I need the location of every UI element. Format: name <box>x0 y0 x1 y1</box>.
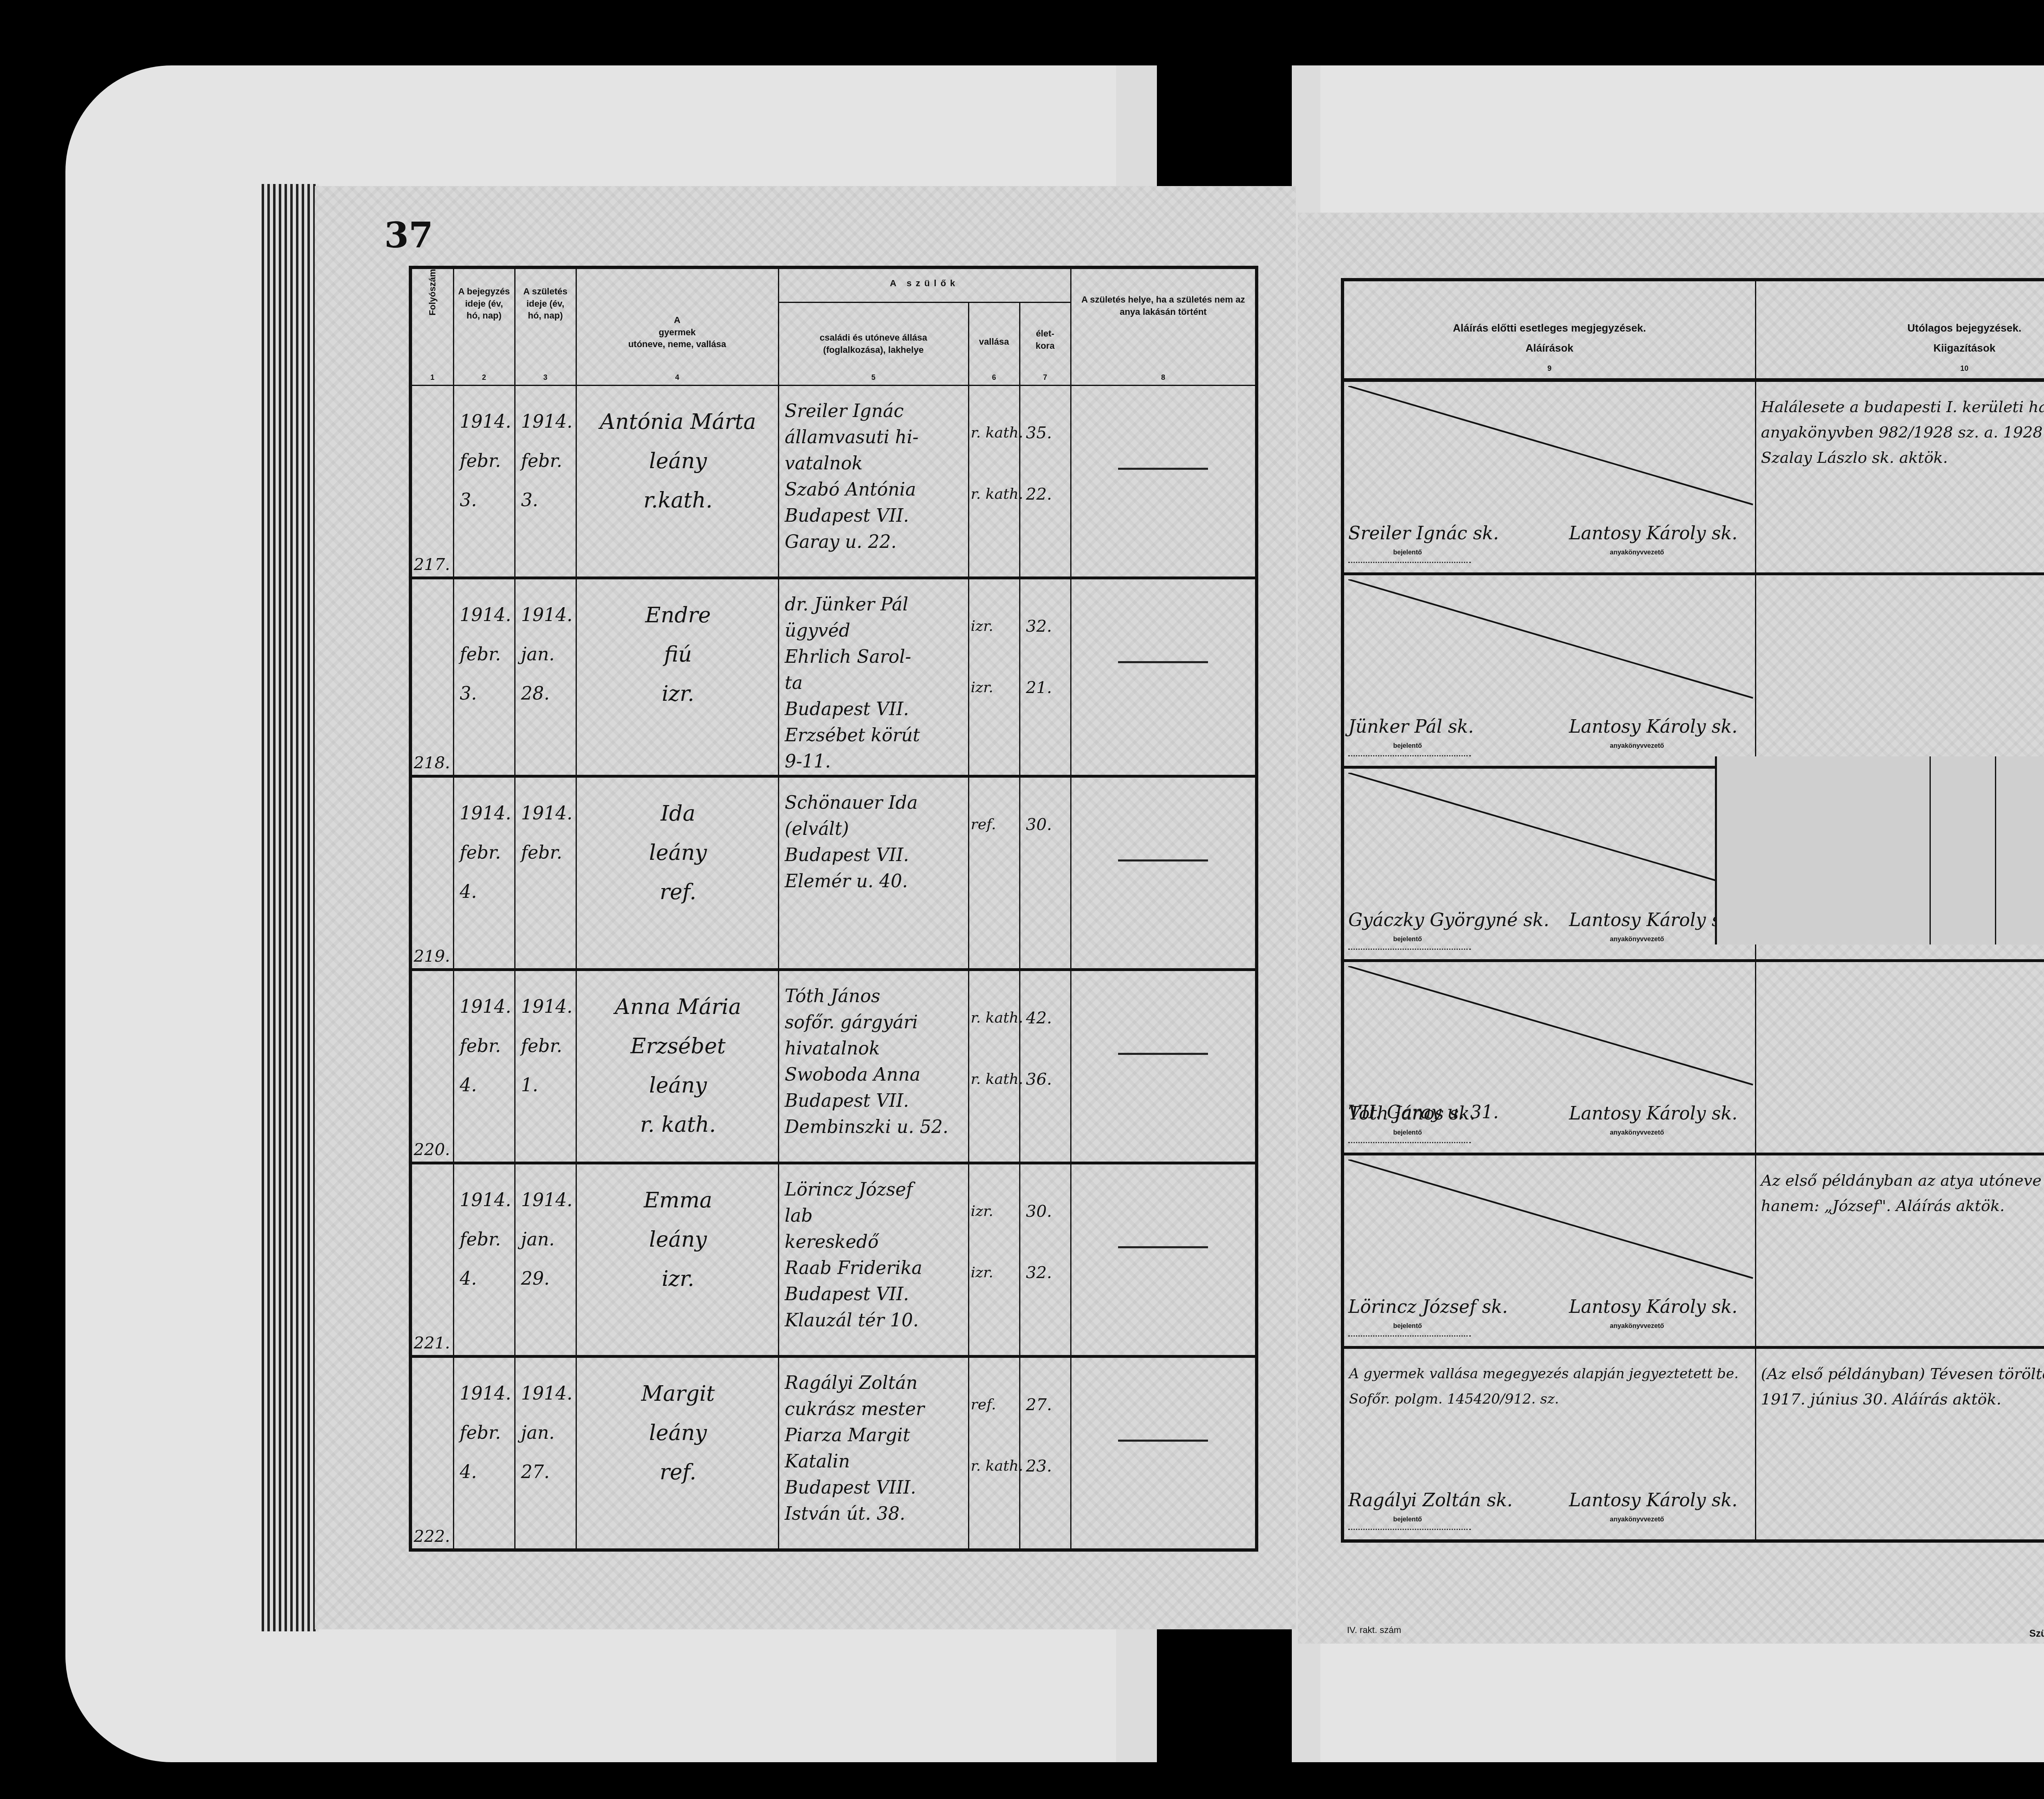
child-line: izr. <box>583 1259 774 1299</box>
child-line: Anna Mária <box>583 987 774 1027</box>
child-line: r. kath. <box>583 1105 774 1144</box>
child-line: fiú <box>583 635 774 674</box>
parents-line: lab <box>785 1203 964 1229</box>
cell-entry-date: 1914.febr.4. <box>453 776 515 970</box>
child-line: leány <box>583 442 774 481</box>
parents-line: ta <box>785 670 964 696</box>
table-row: A gyermek vallása megegyezés alapján jeg… <box>1342 1347 2044 1541</box>
strike-through-line <box>1348 386 1757 509</box>
registrar-signature: Lantosy Károly sk. <box>1569 716 1737 737</box>
parents-line: ügyvéd <box>785 618 964 644</box>
cell-later-entries <box>1755 574 2044 767</box>
entry_date-line: 4. <box>460 1259 510 1299</box>
parents-line: dr. Jünker Pál <box>785 592 964 618</box>
right-page: 37 Aláírás előtti esetleges megjegyzések… <box>1298 213 2044 1644</box>
pasted-correction-slip <box>1715 756 2044 944</box>
birth_date-line: 1. <box>521 1066 572 1105</box>
parents-line: Klauzál tér 10. <box>785 1308 964 1334</box>
blank-dash <box>1118 1053 1208 1055</box>
registrar-caption: anyakönyvvezető <box>1610 936 1664 943</box>
birth_date-line: febr. <box>521 1027 572 1066</box>
parents-line: Garay u. 22. <box>785 529 964 555</box>
reporter-caption: bejelentő <box>1393 1129 1422 1137</box>
religion-line: r. kath. <box>971 1436 1015 1497</box>
cell-birthplace <box>1071 776 1257 970</box>
cell-parents: Tóth Jánossofőr. gárgyárihivatalnokSwobo… <box>778 970 968 1163</box>
dotted-line <box>1348 1142 1471 1143</box>
cell-birthplace <box>1071 386 1257 578</box>
table-row: 221.1914.febr.4.1914.jan.29.Emmaleányizr… <box>410 1163 1257 1357</box>
child-line: Emma <box>583 1181 774 1220</box>
cell-age: 30. <box>1020 776 1071 970</box>
reporter-signature: Sreiler Ignác sk. <box>1348 523 1499 544</box>
later-entry-note: (Az első példányban) Tévesen töröltem. B… <box>1756 1349 2044 1412</box>
cell-folyoszam: 221. <box>410 1163 453 1357</box>
registrar-signature: Lantosy Károly sk. <box>1569 523 1737 544</box>
strike-through-line <box>1348 1160 1757 1282</box>
child-line: Ida <box>583 794 774 833</box>
header-remarks-signatures: Aláírás előtti esetleges megjegyzések. A… <box>1342 280 1755 380</box>
dotted-line <box>1348 1529 1471 1530</box>
blank-dash <box>1118 468 1208 470</box>
cell-folyoszam: 218. <box>410 578 453 776</box>
cell-age: 32.21. <box>1020 578 1071 776</box>
cell-folyoszam: 219. <box>410 776 453 970</box>
page-number-left: 37 <box>384 215 433 256</box>
entry_date-line: 1914. <box>460 596 510 635</box>
reporter-caption: bejelentő <box>1393 742 1422 750</box>
parents-line: Budapest VII. <box>785 696 964 722</box>
cell-age: 30.32. <box>1020 1163 1071 1357</box>
reporter-caption: bejelentő <box>1393 936 1422 943</box>
parents-line: Tóth János <box>785 983 964 1009</box>
child-line: leány <box>583 1413 774 1453</box>
child-line: leány <box>583 833 774 873</box>
religion-line: r. kath. <box>971 464 1015 525</box>
parents-line: Katalin <box>785 1449 964 1475</box>
child-line: Endre <box>583 596 774 635</box>
birth_date-line: jan. <box>521 1413 572 1453</box>
cell-signatures: A gyermek vallása megegyezés alapján jeg… <box>1342 1347 1755 1541</box>
reporter-signature: Ragályi Zoltán sk. <box>1348 1490 1513 1511</box>
parents-line: cukrász mester <box>785 1396 964 1422</box>
table-row: Sreiler Ignác sk. Lantosy Károly sk. bej… <box>1342 380 2044 574</box>
reporter-signature: Gyáczky Györgyné sk. <box>1348 910 1549 931</box>
blank-dash <box>1118 661 1208 663</box>
strike-through-line <box>1348 773 1757 895</box>
cell-signatures: Gyáczky Györgyné sk. Lantosy Károly sk. … <box>1342 767 1755 960</box>
parents-line: Budapest VII. <box>785 842 964 868</box>
age-line: 32. <box>1026 596 1066 657</box>
cell-folyoszam: 220. <box>410 970 453 1163</box>
header-folyoszam: Folyószám 1 <box>410 267 453 386</box>
birth_date-line: jan. <box>521 1220 572 1259</box>
cell-birthplace <box>1071 1357 1257 1550</box>
table-row: Jünker Pál sk. Lantosy Károly sk. bejele… <box>1342 574 2044 767</box>
entry_date-line: febr. <box>460 1413 510 1453</box>
dotted-line <box>1348 1335 1471 1337</box>
strike-through-line <box>1348 579 1757 702</box>
cell-later-entries <box>1755 960 2044 1154</box>
cell-birth-date: 1914.febr.3. <box>515 386 576 578</box>
cell-entry-date: 1914.febr.4. <box>453 970 515 1163</box>
reporter-caption: bejelentő <box>1393 1516 1422 1523</box>
cell-birth-date: 1914.febr.1. <box>515 970 576 1163</box>
birth_date-line: 29. <box>521 1259 572 1299</box>
entry_date-line: 4. <box>460 1066 510 1105</box>
cell-child: Endrefiúizr. <box>576 578 778 776</box>
header-birth-date: A születés ideje (év, hó, nap) 3 <box>515 267 576 386</box>
header-birthplace: A születés helye, ha a születés nem az a… <box>1071 267 1257 386</box>
parents-line: István út. 38. <box>785 1501 964 1527</box>
entry_date-line: 1914. <box>460 987 510 1027</box>
entry_date-line: febr. <box>460 1220 510 1259</box>
age-line: 30. <box>1026 794 1066 855</box>
religion-line: izr. <box>971 596 1015 657</box>
cell-child: Emmaleányizr. <box>576 1163 778 1357</box>
entry_date-line: febr. <box>460 635 510 674</box>
entry_date-line: 3. <box>460 481 510 520</box>
birth_date-line: 1914. <box>521 987 572 1027</box>
cell-birth-date: 1914.febr. <box>515 776 576 970</box>
parents-line: Budapest VIII. <box>785 1475 964 1501</box>
child-line: Erzsébet <box>583 1027 774 1066</box>
religion-line: izr. <box>971 1242 1015 1303</box>
reporter-signature: Jünker Pál sk. <box>1348 716 1474 737</box>
religion-line: r. kath. <box>971 987 1015 1049</box>
left-page: 37 Folyószám 1 A bejegyzés ideje (év, hó… <box>315 186 1296 1629</box>
registrar-caption: anyakönyvvezető <box>1610 1129 1664 1137</box>
cell-entry-date: 1914.febr.4. <box>453 1357 515 1550</box>
parents-line: (elvált) <box>785 816 964 842</box>
entry_date-line: febr. <box>460 1027 510 1066</box>
entry_date-line: febr. <box>460 442 510 481</box>
cell-parents: Schönauer Ida(elvált)Budapest VII.Elemér… <box>778 776 968 970</box>
cell-signatures: Jünker Pál sk. Lantosy Károly sk. bejele… <box>1342 574 1755 767</box>
cell-religion: izr.izr. <box>968 1163 1020 1357</box>
header-parents-group: A szülők <box>778 267 1071 303</box>
age-line: 35. <box>1026 402 1066 464</box>
child-line: ref. <box>583 1453 774 1492</box>
age-line: 23. <box>1026 1436 1066 1497</box>
table-row: 222.1914.febr.4.1914.jan.27.Margitleányr… <box>410 1357 1257 1550</box>
parents-line: kereskedő <box>785 1229 964 1255</box>
registrar-caption: anyakönyvvezető <box>1610 1323 1664 1330</box>
row-number: 217. <box>414 555 450 574</box>
cell-age: 35.22. <box>1020 386 1071 578</box>
birth_date-line: 1914. <box>521 402 572 442</box>
cell-birth-date: 1914.jan.27. <box>515 1357 576 1550</box>
cell-signatures: Tóth János sk. Lantosy Károly sk. bejele… <box>1342 960 1755 1154</box>
table-row: Tóth János sk. Lantosy Károly sk. bejele… <box>1342 960 2044 1154</box>
cell-religion: ref.r. kath. <box>968 1357 1020 1550</box>
child-line: Margit <box>583 1374 774 1413</box>
religion-line: r. kath. <box>971 402 1015 464</box>
parents-line: Elemér u. 40. <box>785 868 964 895</box>
birth_date-line: jan. <box>521 635 572 674</box>
footer-register-title: Születési anyakönyvi másodpéldány. <box>2029 1628 2044 1640</box>
row-number: 219. <box>414 947 450 966</box>
religion-line: izr. <box>971 1181 1015 1242</box>
age-line: 32. <box>1026 1242 1066 1303</box>
later-entry-note: Az első példányban az atya utóneve nem: … <box>1756 1155 2044 1218</box>
cell-parents: dr. Jünker PálügyvédEhrlich Sarol-taBuda… <box>778 578 968 776</box>
table-row: 218.1914.febr.3.1914.jan.28.Endrefiúizr.… <box>410 578 1257 776</box>
birth_date-line: febr. <box>521 833 572 873</box>
cell-child: Idaleányref. <box>576 776 778 970</box>
parents-line: Budapest VII. <box>785 1281 964 1308</box>
entry_date-line: 1914. <box>460 402 510 442</box>
header-age: élet-kora 7 <box>1020 303 1071 386</box>
reporter-caption: bejelentő <box>1393 1323 1422 1330</box>
child-line: leány <box>583 1066 774 1105</box>
entry_date-line: 4. <box>460 1453 510 1492</box>
parents-line: Sreiler Ignác <box>785 398 964 424</box>
child-line: leány <box>583 1220 774 1259</box>
table-row: Lörincz József sk. Lantosy Károly sk. be… <box>1342 1154 2044 1347</box>
parents-line: államvasuti hi- <box>785 424 964 451</box>
parents-line: 9-11. <box>785 749 964 775</box>
reporter-signature: Tóth János sk. <box>1348 1103 1475 1124</box>
child-line: r.kath. <box>583 481 774 520</box>
parents-line: Ehrlich Sarol- <box>785 644 964 670</box>
entry_date-line: 1914. <box>460 794 510 833</box>
parents-line: Szabó Antónia <box>785 477 964 503</box>
entry_date-line: 1914. <box>460 1181 510 1220</box>
header-parent-name: családi és utóneve állása (foglalkozása)… <box>778 303 968 386</box>
row-number: 222. <box>414 1527 450 1546</box>
cell-religion: ref. <box>968 776 1020 970</box>
cell-parents: Sreiler Ignácállamvasuti hi-vatalnokSzab… <box>778 386 968 578</box>
registrar-signature: Lantosy Károly sk. <box>1569 910 1737 931</box>
cell-religion: r. kath.r. kath. <box>968 970 1020 1163</box>
reporter-signature: Lörincz József sk. <box>1348 1297 1508 1317</box>
table-row: 220.1914.febr.4.1914.febr.1.Anna MáriaEr… <box>410 970 1257 1163</box>
religion-line: izr. <box>971 657 1015 718</box>
header-religion: vallása 6 <box>968 303 1020 386</box>
table-row: 217.1914.febr.3.1914.febr.3.Antónia Márt… <box>410 386 1257 578</box>
parents-line: Ragályi Zoltán <box>785 1370 964 1396</box>
birth_date-line: 27. <box>521 1453 572 1492</box>
parents-line: sofőr. gárgyári <box>785 1009 964 1036</box>
cell-child: Margitleányref. <box>576 1357 778 1550</box>
entry_date-line: 3. <box>460 674 510 713</box>
cell-later-entries: (Az első példányban) Tévesen töröltem. B… <box>1755 1347 2044 1541</box>
parents-line: Budapest VII. <box>785 1088 964 1114</box>
cell-later-entries: Halálesete a budapesti I. kerületi halot… <box>1755 380 2044 574</box>
header-child: A gyermek utóneve, neme, vallása 4 <box>576 267 778 386</box>
header-later-entries: Utólagos bejegyzések. Kiigazítások 10 <box>1755 280 2044 380</box>
parents-line: Budapest VII. <box>785 503 964 529</box>
cell-folyoszam: 217. <box>410 386 453 578</box>
parents-line: Piarza Margit <box>785 1422 964 1449</box>
strike-through-line <box>1348 966 1757 1089</box>
birth_date-line: 3. <box>521 481 572 520</box>
age-line: 30. <box>1026 1181 1066 1242</box>
book-page-edges <box>262 184 319 1631</box>
religion-line: ref. <box>971 794 1015 855</box>
dotted-line <box>1348 949 1471 950</box>
age-line: 22. <box>1026 464 1066 525</box>
cell-child: Anna MáriaErzsébetleányr. kath. <box>576 970 778 1163</box>
parents-line: Lörincz József <box>785 1177 964 1203</box>
entry_date-line: 1914. <box>460 1374 510 1413</box>
parents-line: Swoboda Anna <box>785 1062 964 1088</box>
registrar-signature: Lantosy Károly sk. <box>1569 1297 1737 1317</box>
later-entry-note <box>1756 575 2044 588</box>
birth_date-line: febr. <box>521 442 572 481</box>
cell-parents: Lörincz JózseflabkereskedőRaab Friderika… <box>778 1163 968 1357</box>
age-line: 21. <box>1026 657 1066 718</box>
birth_date-line: 1914. <box>521 1181 572 1220</box>
cell-later-entries: Az első példányban az atya utóneve nem: … <box>1755 1154 2044 1347</box>
birth-register-table: Folyószám 1 A bejegyzés ideje (év, hó, n… <box>409 266 1258 1552</box>
blank-dash <box>1118 1440 1208 1442</box>
row-number: 218. <box>414 754 450 772</box>
row-number: 220. <box>414 1140 450 1159</box>
blank-dash <box>1118 1246 1208 1248</box>
registrar-caption: anyakönyvvezető <box>1610 742 1664 750</box>
cell-folyoszam: 222. <box>410 1357 453 1550</box>
birth_date-line: 1914. <box>521 1374 572 1413</box>
pre-signature-remark: A gyermek vallása megegyezés alapján jeg… <box>1344 1349 1755 1412</box>
cell-entry-date: 1914.febr.3. <box>453 578 515 776</box>
table-row: 219.1914.febr.4.1914.febr.Idaleányref.Sc… <box>410 776 1257 970</box>
cell-religion: r. kath.r. kath. <box>968 386 1020 578</box>
cell-religion: izr.izr. <box>968 578 1020 776</box>
cell-birthplace <box>1071 1163 1257 1357</box>
cell-signatures: Sreiler Ignác sk. Lantosy Károly sk. bej… <box>1342 380 1755 574</box>
child-line: izr. <box>583 674 774 713</box>
cell-entry-date: 1914.febr.4. <box>453 1163 515 1357</box>
cell-entry-date: 1914.febr.3. <box>453 386 515 578</box>
child-line: ref. <box>583 873 774 912</box>
child-line: Antónia Márta <box>583 402 774 442</box>
registrar-caption: anyakönyvvezető <box>1610 1516 1664 1523</box>
parents-line: Erzsébet körút <box>785 722 964 749</box>
age-line: 27. <box>1026 1374 1066 1436</box>
parents-line: vatalnok <box>785 451 964 477</box>
age-line: 42. <box>1026 987 1066 1049</box>
cell-age: 27.23. <box>1020 1357 1071 1550</box>
religion-line: ref. <box>971 1374 1015 1436</box>
later-entry-note <box>1756 962 2044 974</box>
cell-birthplace <box>1071 578 1257 776</box>
later-entry-note: Halálesete a budapesti I. kerületi halot… <box>1756 382 2044 470</box>
parents-line: Schönauer Ida <box>785 790 964 816</box>
cell-birthplace <box>1071 970 1257 1163</box>
parents-line: Dembinszki u. 52. <box>785 1114 964 1140</box>
header-entry-date: A bejegyzés ideje (év, hó, nap) 2 <box>453 267 515 386</box>
footer-storage-number: IV. rakt. szám <box>1347 1625 1401 1635</box>
parents-line: Raab Friderika <box>785 1255 964 1281</box>
cell-parents: Ragályi Zoltáncukrász mesterPiarza Margi… <box>778 1357 968 1550</box>
birth_date-line: 1914. <box>521 596 572 635</box>
dotted-line <box>1348 755 1471 756</box>
row-number: 221. <box>414 1334 450 1353</box>
parents-line: hivatalnok <box>785 1036 964 1062</box>
cell-birth-date: 1914.jan.28. <box>515 578 576 776</box>
registrar-caption: anyakönyvvezető <box>1610 549 1664 556</box>
reporter-caption: bejelentő <box>1393 549 1422 556</box>
entry_date-line: 4. <box>460 873 510 912</box>
cell-signatures: Lörincz József sk. Lantosy Károly sk. be… <box>1342 1154 1755 1347</box>
cell-age: 42.36. <box>1020 970 1071 1163</box>
birth_date-line: 1914. <box>521 794 572 833</box>
registrar-signature: Lantosy Károly sk. <box>1569 1103 1737 1124</box>
religion-line: r. kath. <box>971 1049 1015 1110</box>
blank-dash <box>1118 859 1208 861</box>
entry_date-line: febr. <box>460 833 510 873</box>
birth_date-line: 28. <box>521 674 572 713</box>
age-line: 36. <box>1026 1049 1066 1110</box>
registrar-signature: Lantosy Károly sk. <box>1569 1490 1737 1511</box>
cell-child: Antónia Mártaleányr.kath. <box>576 386 778 578</box>
cell-birth-date: 1914.jan.29. <box>515 1163 576 1357</box>
dotted-line <box>1348 562 1471 563</box>
